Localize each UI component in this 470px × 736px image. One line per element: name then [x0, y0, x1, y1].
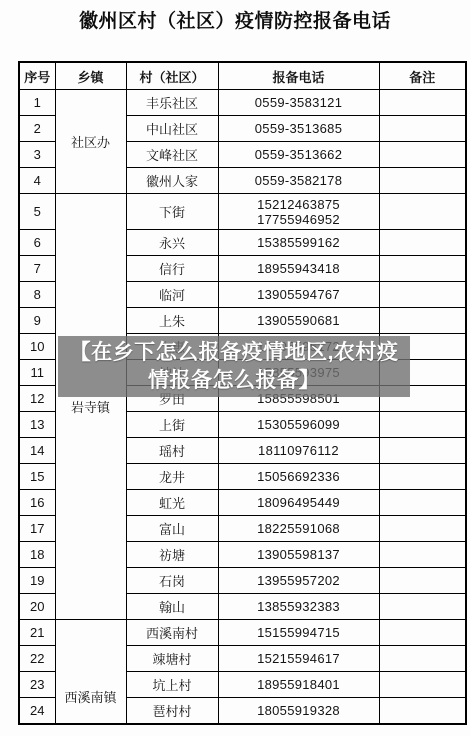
- page: 徽州区村（社区）疫情防控报备电话 序号乡镇村（社区）报备电话备注 1社区办丰乐社…: [0, 0, 470, 736]
- note-cell: [379, 698, 466, 725]
- phone-number: 18096495449: [219, 495, 379, 510]
- phone-number: 13955957202: [219, 573, 379, 588]
- village-cell: 信行: [126, 256, 218, 282]
- row-number-cell: 18: [19, 542, 55, 568]
- table-header: 序号乡镇村（社区）报备电话备注: [19, 62, 466, 90]
- phone-cell: 15385599162: [218, 230, 379, 256]
- note-cell: [379, 620, 466, 646]
- phone-number: 0559-3513662: [219, 147, 379, 162]
- header-cell: 乡镇: [55, 62, 126, 90]
- village-cell: 瑶村: [126, 438, 218, 464]
- note-cell: [379, 282, 466, 308]
- phone-cell: 0559-3513662: [218, 142, 379, 168]
- row-number-cell: 15: [19, 464, 55, 490]
- village-cell: 翰山: [126, 594, 218, 620]
- phone-number: 17755946952: [219, 212, 379, 227]
- village-cell: 临河: [126, 282, 218, 308]
- row-number-cell: 4: [19, 168, 55, 194]
- note-cell: [379, 542, 466, 568]
- phone-number: 13905594767: [219, 287, 379, 302]
- phone-cell: 0559-3582178: [218, 168, 379, 194]
- table-body: 1社区办丰乐社区0559-35831212中山社区0559-35136853文峰…: [19, 90, 466, 725]
- row-number-cell: 21: [19, 620, 55, 646]
- table-row: 5岩寺镇下街1521246387517755946952: [19, 194, 466, 230]
- row-number-cell: 7: [19, 256, 55, 282]
- note-cell: [379, 116, 466, 142]
- phone-number: 15215594617: [219, 651, 379, 666]
- note-cell: [379, 516, 466, 542]
- note-cell: [379, 412, 466, 438]
- note-cell: [379, 594, 466, 620]
- phone-number: 0559-3582178: [219, 173, 379, 188]
- phone-cell: 18955943418: [218, 256, 379, 282]
- watermark-line-1: 【在乡下怎么报备疫情地区,农村疫: [70, 339, 399, 367]
- village-cell: 虹光: [126, 490, 218, 516]
- village-cell: 徽州人家: [126, 168, 218, 194]
- town-cell: 西溪南镇: [55, 620, 126, 725]
- row-number-cell: 9: [19, 308, 55, 334]
- phone-number: 18225591068: [219, 521, 379, 536]
- row-number-cell: 22: [19, 646, 55, 672]
- header-cell: 村（社区）: [126, 62, 218, 90]
- page-title: 徽州区村（社区）疫情防控报备电话: [0, 6, 470, 33]
- row-number-cell: 13: [19, 412, 55, 438]
- note-cell: [379, 194, 466, 230]
- row-number-cell: 2: [19, 116, 55, 142]
- village-cell: 西溪南村: [126, 620, 218, 646]
- village-cell: 上朱: [126, 308, 218, 334]
- phone-cell: 15155994715: [218, 620, 379, 646]
- phone-number: 13905590681: [219, 313, 379, 328]
- phone-cell: 13955957202: [218, 568, 379, 594]
- row-number-cell: 17: [19, 516, 55, 542]
- table-row: 1社区办丰乐社区0559-3583121: [19, 90, 466, 116]
- row-number-cell: 20: [19, 594, 55, 620]
- phone-cell: 13905598137: [218, 542, 379, 568]
- village-cell: 琶村村: [126, 698, 218, 725]
- phone-cell: 13905594767: [218, 282, 379, 308]
- row-number-cell: 12: [19, 386, 55, 412]
- note-cell: [379, 90, 466, 116]
- village-cell: 富山: [126, 516, 218, 542]
- village-cell: 坑上村: [126, 672, 218, 698]
- phone-number: 18955943418: [219, 261, 379, 276]
- note-cell: [379, 490, 466, 516]
- header-cell: 备注: [379, 62, 466, 90]
- row-number-cell: 1: [19, 90, 55, 116]
- phone-cell: 15056692336: [218, 464, 379, 490]
- table-row: 21西溪南镇西溪南村15155994715: [19, 620, 466, 646]
- row-number-cell: 6: [19, 230, 55, 256]
- row-number-cell: 14: [19, 438, 55, 464]
- row-number-cell: 5: [19, 194, 55, 230]
- header-row: 序号乡镇村（社区）报备电话备注: [19, 62, 466, 90]
- village-cell: 下街: [126, 194, 218, 230]
- row-number-cell: 11: [19, 360, 55, 386]
- phone-number: 15385599162: [219, 235, 379, 250]
- phone-number: 18055919328: [219, 703, 379, 718]
- village-cell: 竦塘村: [126, 646, 218, 672]
- phone-number: 13905598137: [219, 547, 379, 562]
- phone-cell: 0559-3583121: [218, 90, 379, 116]
- town-cell: 社区办: [55, 90, 126, 194]
- phone-cell: 18096495449: [218, 490, 379, 516]
- phone-number: 15305596099: [219, 417, 379, 432]
- note-cell: [379, 168, 466, 194]
- village-cell: 中山社区: [126, 116, 218, 142]
- village-cell: 文峰社区: [126, 142, 218, 168]
- phone-number: 18955918401: [219, 677, 379, 692]
- village-cell: 上街: [126, 412, 218, 438]
- header-cell: 报备电话: [218, 62, 379, 90]
- village-cell: 石岗: [126, 568, 218, 594]
- note-cell: [379, 230, 466, 256]
- row-number-cell: 8: [19, 282, 55, 308]
- town-cell: 岩寺镇: [55, 194, 126, 620]
- note-cell: [379, 256, 466, 282]
- phone-cell: 18055919328: [218, 698, 379, 725]
- phone-number: 13855932383: [219, 599, 379, 614]
- note-cell: [379, 438, 466, 464]
- note-cell: [379, 646, 466, 672]
- phone-cell: 13855932383: [218, 594, 379, 620]
- phone-number: 15155994715: [219, 625, 379, 640]
- phone-cell: 18225591068: [218, 516, 379, 542]
- village-cell: 丰乐社区: [126, 90, 218, 116]
- phone-cell: 1521246387517755946952: [218, 194, 379, 230]
- phone-cell: 0559-3513685: [218, 116, 379, 142]
- note-cell: [379, 308, 466, 334]
- row-number-cell: 19: [19, 568, 55, 594]
- phone-cell: 15215594617: [218, 646, 379, 672]
- row-number-cell: 24: [19, 698, 55, 725]
- note-cell: [379, 672, 466, 698]
- row-number-cell: 23: [19, 672, 55, 698]
- watermark-overlay: 【在乡下怎么报备疫情地区,农村疫 情报备怎么报备】: [58, 336, 410, 397]
- phone-number: 18110976112: [219, 443, 379, 458]
- row-number-cell: 16: [19, 490, 55, 516]
- note-cell: [379, 568, 466, 594]
- phone-number: 15056692336: [219, 469, 379, 484]
- phone-cell: 13905590681: [218, 308, 379, 334]
- phone-cell: 15305596099: [218, 412, 379, 438]
- phone-cell: 18110976112: [218, 438, 379, 464]
- village-cell: 祊塘: [126, 542, 218, 568]
- phone-number: 0559-3513685: [219, 121, 379, 136]
- village-cell: 永兴: [126, 230, 218, 256]
- phone-number: 0559-3583121: [219, 95, 379, 110]
- phone-cell: 18955918401: [218, 672, 379, 698]
- note-cell: [379, 464, 466, 490]
- row-number-cell: 10: [19, 334, 55, 360]
- note-cell: [379, 142, 466, 168]
- watermark-line-2: 情报备怎么报备】: [148, 367, 320, 395]
- header-cell: 序号: [19, 62, 55, 90]
- village-cell: 龙井: [126, 464, 218, 490]
- phone-number: 15212463875: [219, 197, 379, 212]
- row-number-cell: 3: [19, 142, 55, 168]
